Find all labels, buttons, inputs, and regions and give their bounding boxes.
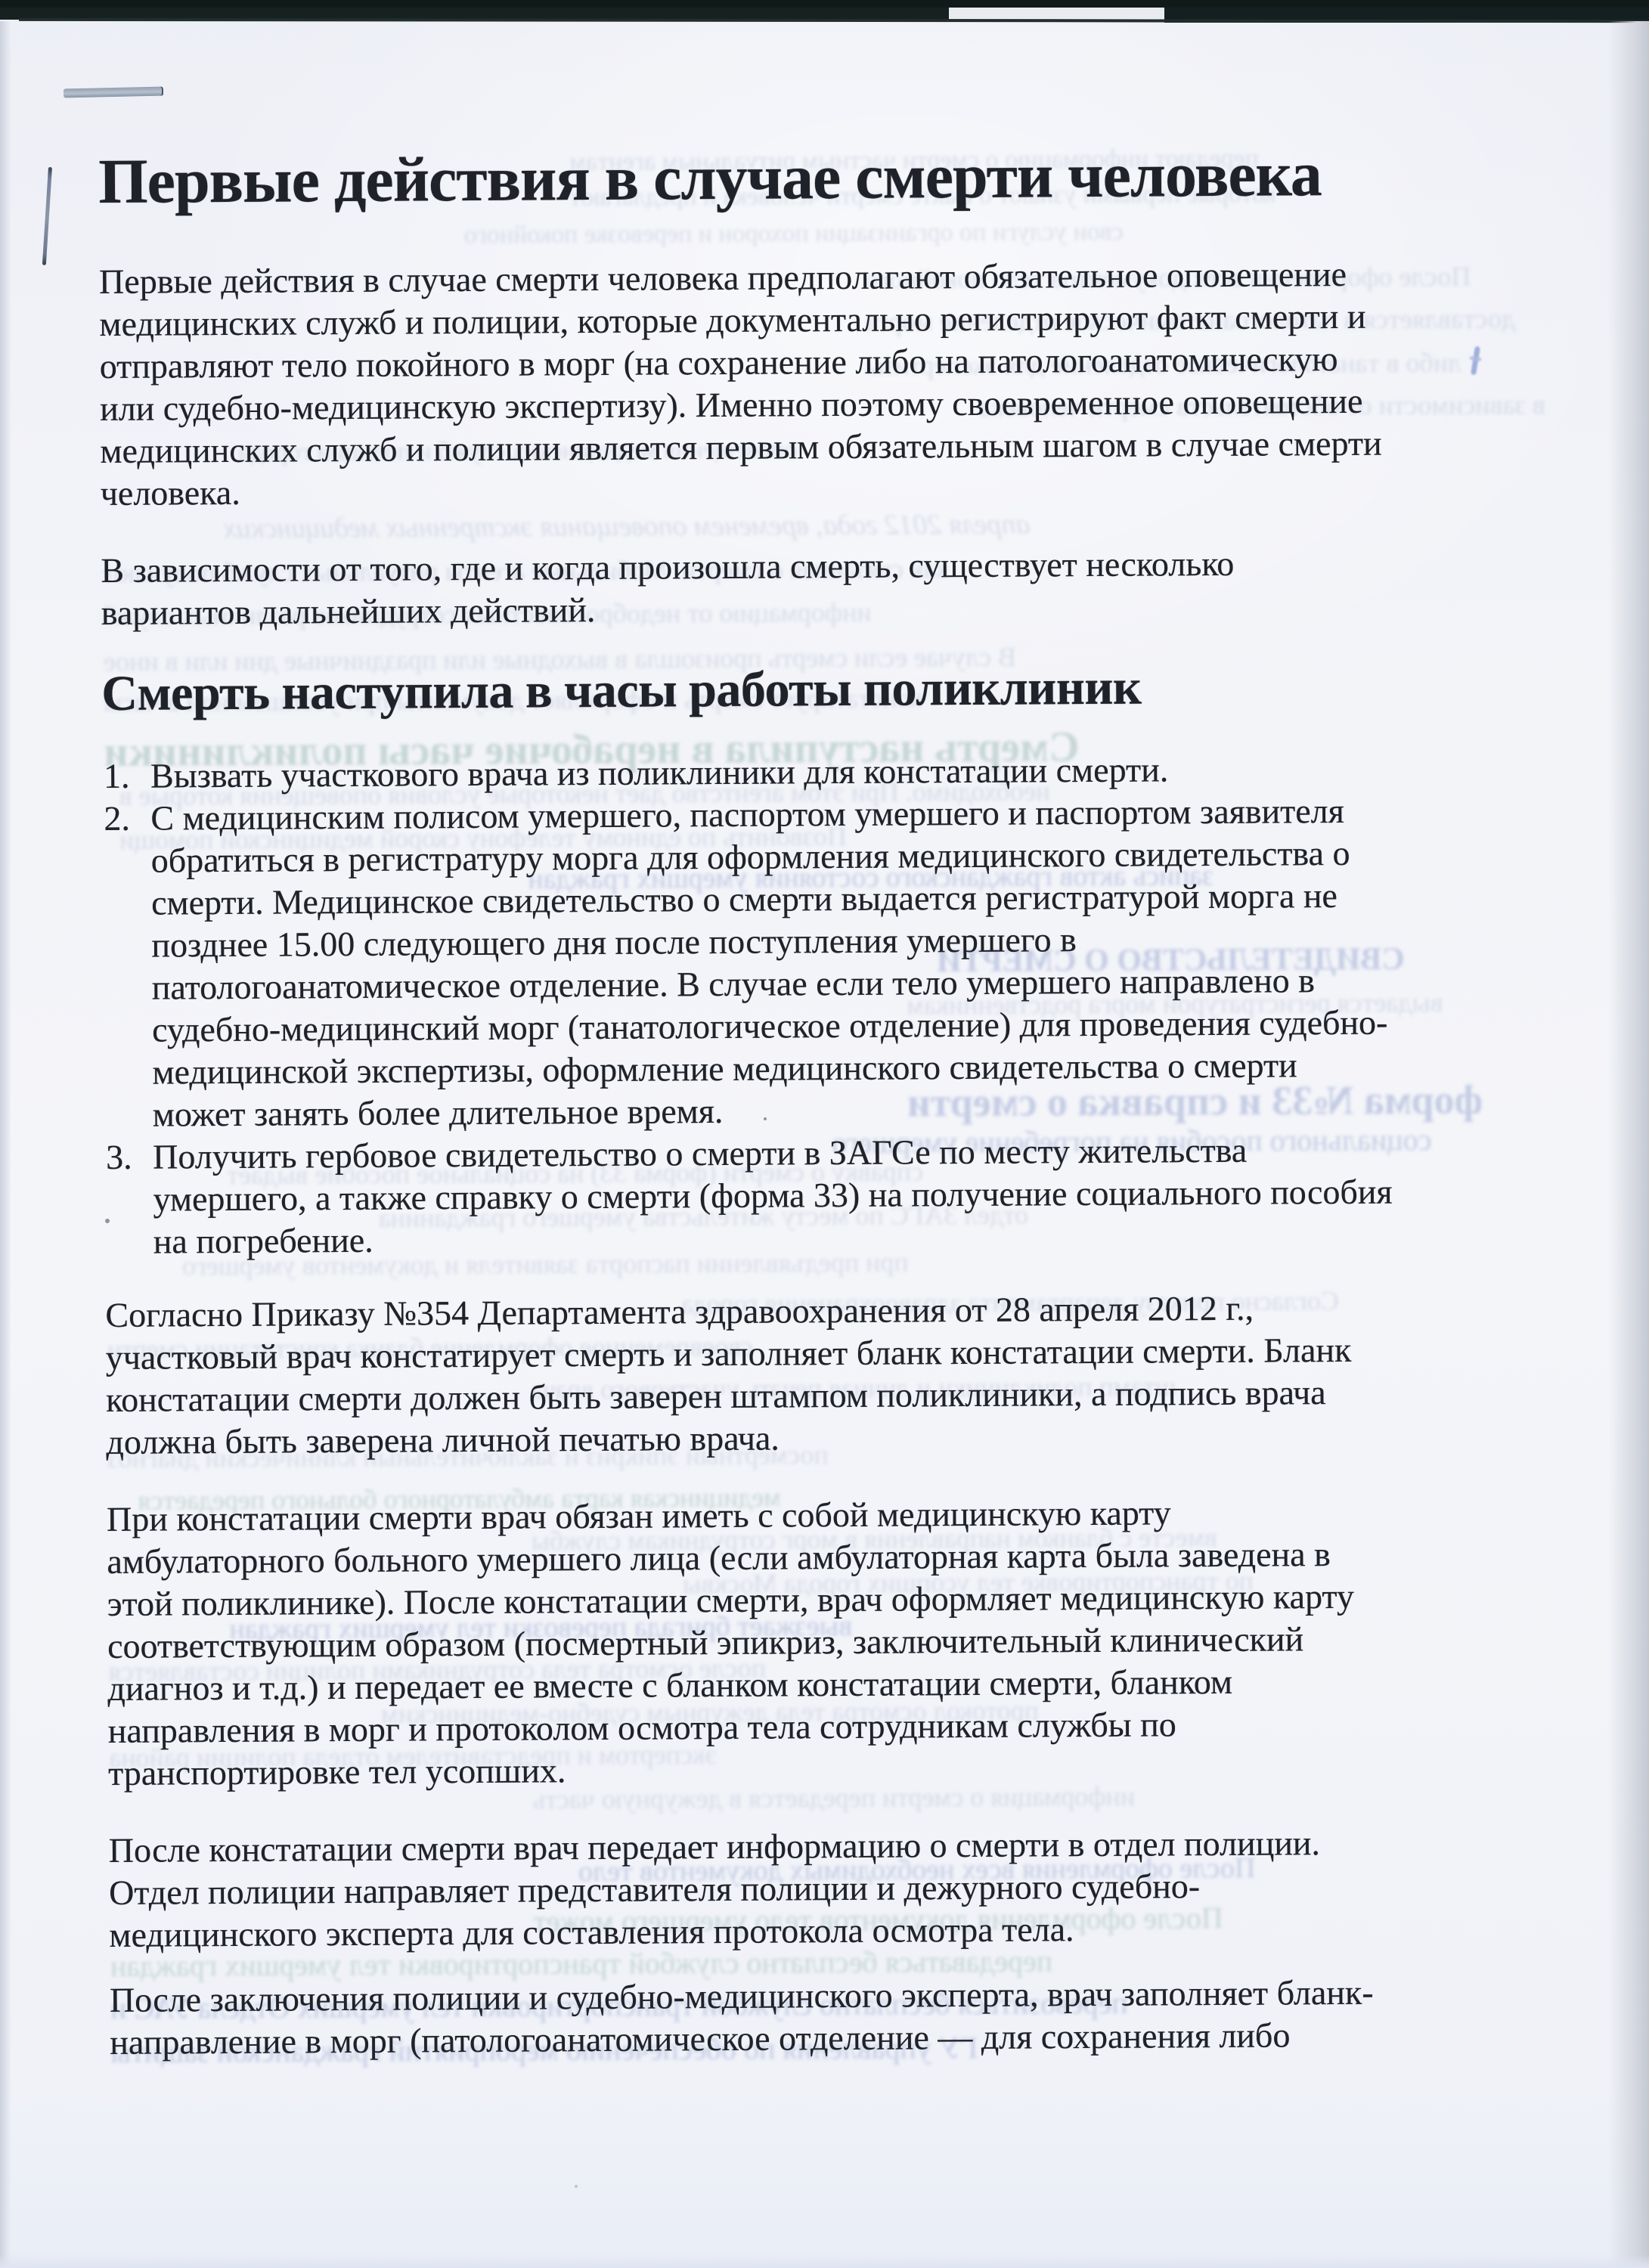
paragraph-constatation: При констатации смерти врач обязан иметь…	[107, 1489, 1564, 1795]
paragraph-intro: Первые действия в случае смерти человека…	[99, 252, 1556, 515]
steps-list: 1. Вызвать участкового врача из поликлин…	[102, 746, 1561, 1263]
section-heading: Смерть наступила в часы работы поликлини…	[101, 660, 1557, 719]
scanner-top-edge-line	[19, 18, 1649, 23]
paragraph-order354: Согласно Приказу №354 Департамента здрав…	[105, 1285, 1561, 1464]
paragraph-police: После констатации смерти врач передает и…	[109, 1820, 1565, 1957]
paper-bottom-edge-shadow	[0, 2254, 1649, 2268]
paper-left-edge-shadow	[0, 21, 11, 2268]
dust-speck	[575, 2185, 578, 2188]
paper-right-edge-shadow	[1608, 21, 1649, 2268]
list-item-text: Получить гербовое свидетельство о смерти…	[153, 1127, 1561, 1263]
list-item-number: 2.	[104, 798, 130, 840]
list-item-number: 1.	[104, 755, 130, 798]
document-title: Первые действия в случае смерти человека	[98, 138, 1554, 217]
scanned-document-page: передают информацию о смерти частным рит…	[0, 0, 1649, 2268]
document-content: Первые действия в случае смерти человека…	[98, 138, 1566, 2099]
paragraph-variants: В зависимости от того, где и когда произ…	[101, 541, 1557, 634]
pin-artifact	[42, 167, 52, 265]
list-item-text: С медицинским полисом умершего, паспорто…	[150, 789, 1560, 1136]
scanner-top-edge-gap	[949, 8, 1164, 18]
list-item: 2. С медицинским полисом умершего, паспо…	[102, 789, 1560, 1136]
paragraph-conclusion: После заключения полиции и судебно-медиц…	[110, 1970, 1566, 2064]
staple-mark-artifact	[64, 87, 163, 98]
list-item: 3. Получить гербовое свидетельство о сме…	[104, 1127, 1561, 1263]
list-item-number: 3.	[106, 1136, 132, 1179]
